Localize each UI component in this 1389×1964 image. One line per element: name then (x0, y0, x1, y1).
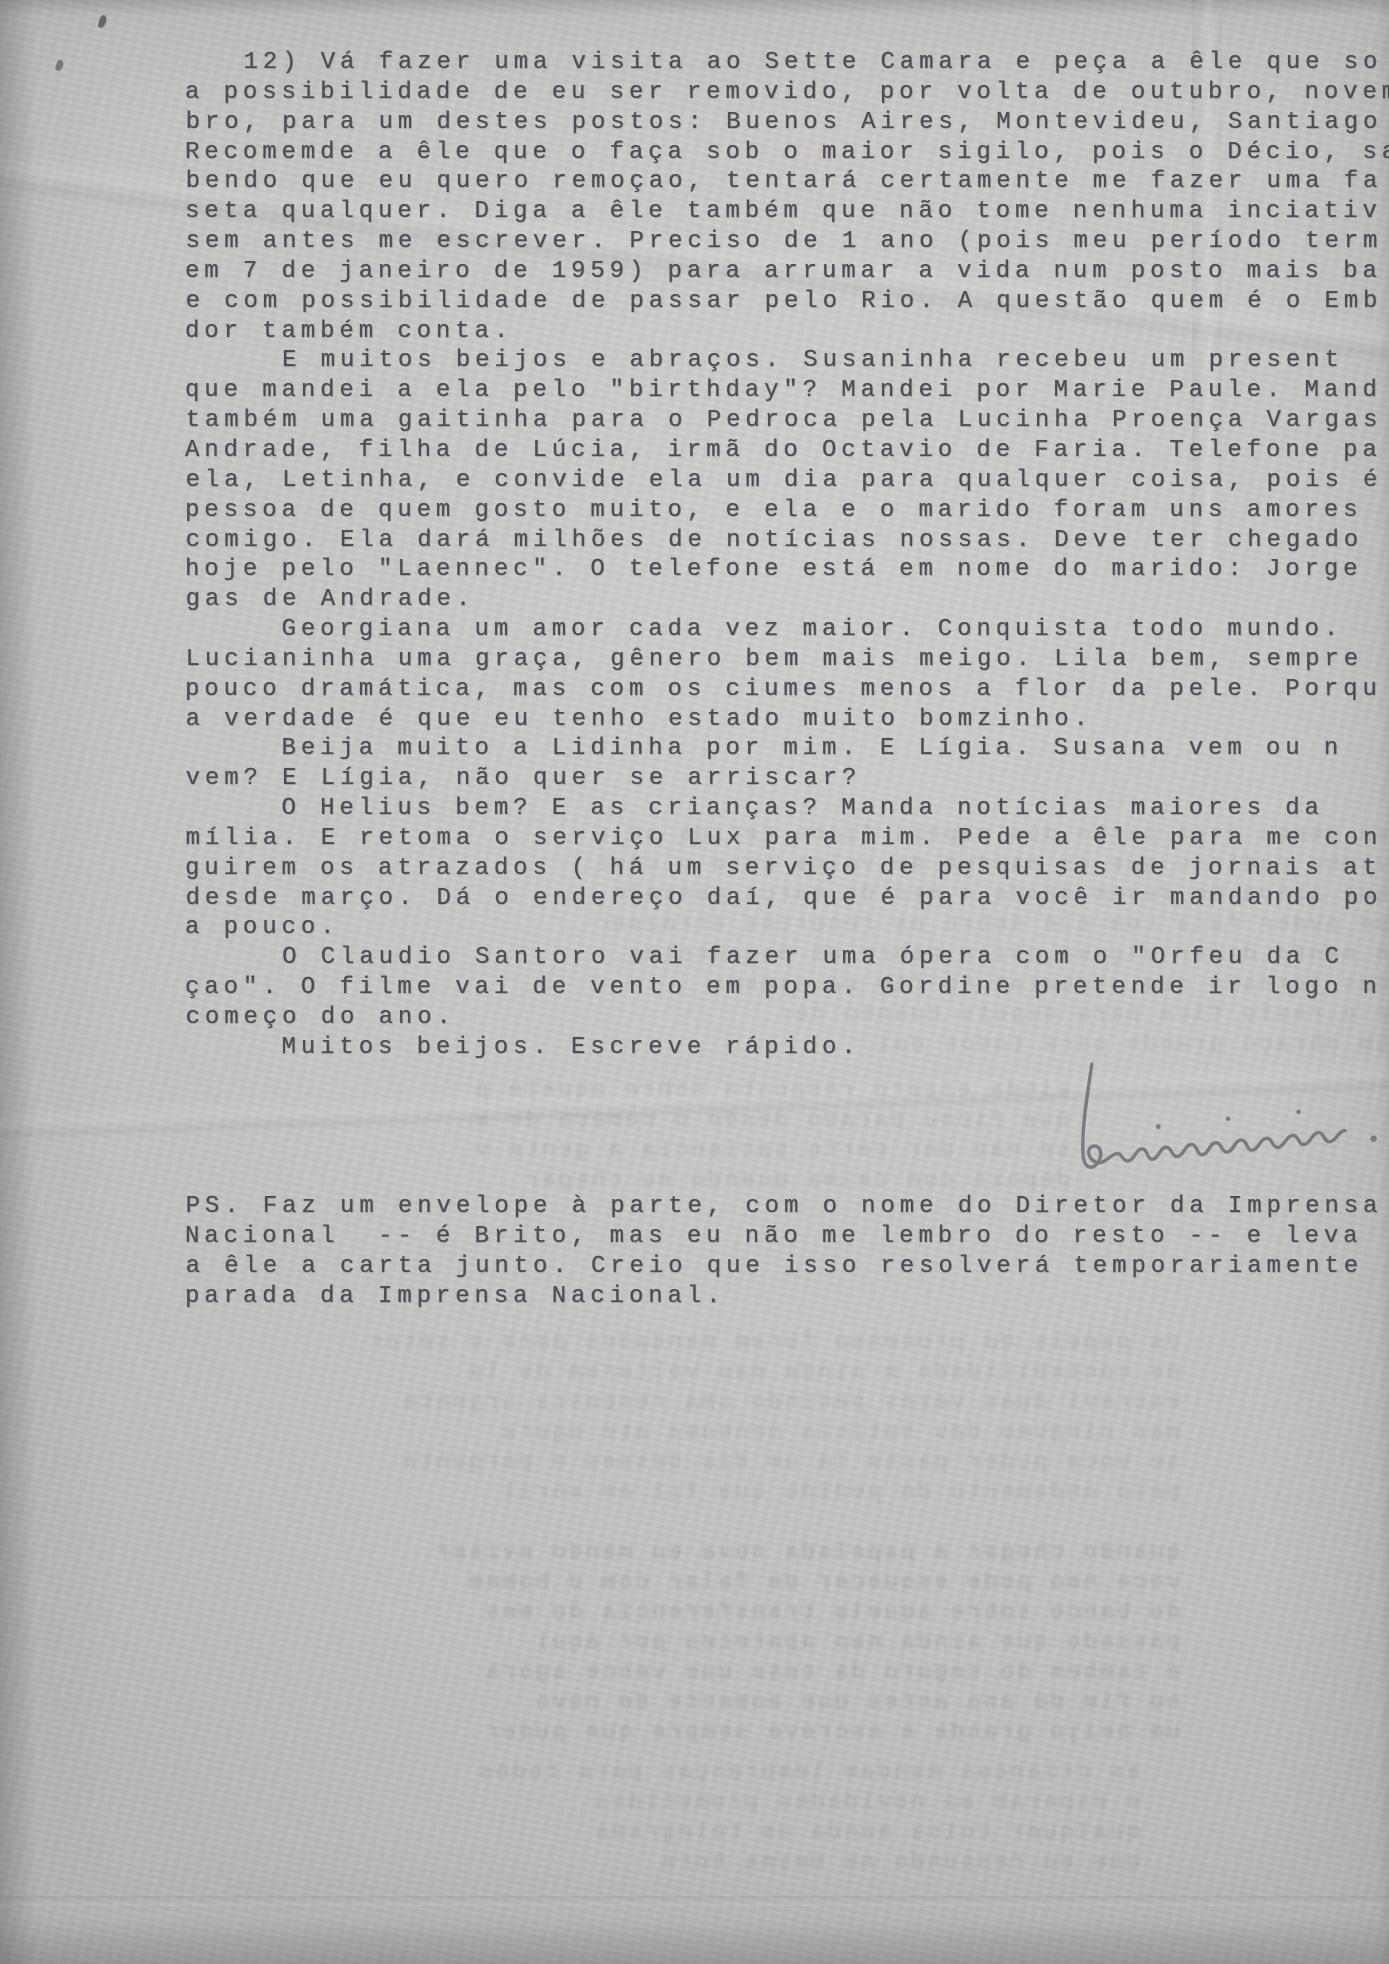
ghost-line: as crianças mandam lembranças para todos (240, 1758, 1140, 1788)
ghost-line: um beijo grande e escreve sempre que pud… (100, 1718, 1180, 1748)
letter-line: a possibilidade de eu ser removido, por … (185, 78, 1389, 108)
letter-line: guirem os atrazados ( há um serviço de p… (185, 854, 1389, 884)
letter-line: que mandei a ela pelo "birthday"? Mandei… (185, 376, 1389, 406)
letter-body: 12) Vá fazer uma visita ao Sette Camara … (185, 48, 1389, 1063)
letter-line: Lucianinha uma graça, gênero bem mais me… (186, 645, 1389, 675)
bleedthrough-text-block: quando chegar a papelada nova eu mando a… (100, 1538, 1180, 1752)
letter-line: Recomemde a êle que o faça sob o maior s… (185, 138, 1389, 168)
ghost-line: qualquer coisa manda um telegrama (240, 1818, 1140, 1848)
letter-line: Andrade, filha de Lúcia, irmã do Octavio… (185, 436, 1389, 466)
paper-edge-shadow (1377, 0, 1389, 1964)
paper-crease (0, 1896, 1389, 1906)
letter-line: vem? E Lígia, não quer se arriscar? (186, 764, 1389, 794)
ghost-line: passado que ainda nao apareceu por aqui (100, 1628, 1180, 1658)
letter-line: a verdade é que eu tenho estado muito bo… (186, 705, 1389, 735)
letter-line: O Helius bem? E as crianças? Manda notíc… (185, 794, 1389, 824)
ghost-line: do banco sobre aquela transferencia do m… (100, 1598, 1180, 1628)
letter-line: çao". O filme vai de vento em popa. Gord… (185, 973, 1389, 1003)
ghost-line: escrevi duas vezes pedindo uma resposta … (120, 1388, 1180, 1418)
letter-line: e com possibilidade de passar pelo Rio. … (186, 287, 1389, 317)
letter-line: bro, para um destes postos: Buenos Aires… (186, 108, 1389, 138)
postscript-line: PS. Faz um envelope à parte, com o nome … (186, 1192, 1389, 1222)
ghost-line: os papeis do processo foram mandados par… (120, 1328, 1180, 1358)
letter-line: seta qualquer. Diga a êle também que não… (185, 197, 1389, 227)
bleedthrough-text-block: os papeis do processo foram mandados par… (120, 1328, 1180, 1512)
letter-line: também uma gaitinha para o Pedroca pela … (186, 406, 1389, 436)
scanned-letter-page: ao menos essa parte dos papeis ficou ret… (0, 0, 1389, 1964)
letter-line: comigo. Ela dará milhões de notícias nos… (186, 526, 1389, 556)
postscript-block: PS. Faz um envelope à parte, com o nome … (185, 1192, 1389, 1311)
letter-line: 12) Vá fazer uma visita ao Sette Camara … (186, 48, 1389, 78)
letter-line: O Claudio Santoro vai fazer uma ópera co… (186, 943, 1389, 973)
letter-line: sem antes me escrever. Preciso de 1 ano … (186, 227, 1389, 257)
letter-line: desde março. Dá o endereço daí, que é pa… (186, 884, 1389, 914)
letter-line: mília. E retoma o serviço Lux para mim. … (186, 824, 1389, 854)
letter-line: gas de Andrade. (186, 585, 1389, 615)
paper-edge-shadow (0, 0, 36, 1964)
ghost-line: voce nao pode esquecer de falar com o ho… (100, 1568, 1180, 1598)
letter-line: Georgiana um amor cada vez maior. Conqui… (185, 615, 1389, 645)
postscript-line: parada da Imprensa Nacional. (185, 1282, 1389, 1312)
letter-line: Beija muito a Lidinha por mim. E Lígia. … (185, 734, 1389, 764)
signature-handwriting (1032, 1038, 1389, 1202)
paper-edge-shadow (0, 1918, 1389, 1964)
letter-line: em 7 de janeiro de 1959) para arrumar a … (185, 257, 1389, 287)
ghost-line: mas ninguem deu noticia nenhuma ate agor… (120, 1418, 1180, 1448)
letter-line: começo do ano. (186, 1003, 1389, 1033)
letter-line: pouco dramática, mas com os ciumes menos… (185, 675, 1389, 705)
letter-line: hoje pelo "Laennec". O telefone está em … (185, 555, 1389, 585)
ghost-line: quando chegar a papelada nova eu mando a… (100, 1538, 1180, 1568)
postscript-line: Nacional -- é Brito, mas eu não me lembr… (185, 1222, 1389, 1252)
letter-line: pessoa de quem gosto muito, e ela e o ma… (185, 496, 1389, 526)
ghost-line: de contabilidade e ainda nao voltaram de… (120, 1358, 1180, 1388)
ghost-line: e esperam as novidades prometidas (240, 1788, 1140, 1818)
ghost-line: que eu respondo na mesma hora (240, 1848, 1140, 1878)
postscript-line: a êle a carta junto. Creio que isso reso… (186, 1252, 1389, 1282)
ink-speck (55, 59, 64, 71)
letter-line: a pouco. (185, 913, 1389, 943)
paper-edge-shadow (0, 0, 1389, 16)
letter-line: dor também conta. (185, 317, 1389, 347)
ghost-line: se nao der certo paciencia a gente ve (470, 1136, 1070, 1166)
ghost-line: no fim do ano antes que aumente de novo (100, 1688, 1180, 1718)
letter-line: bendo que eu quero remoçao, tentará cert… (186, 167, 1389, 197)
bleedthrough-text-block: as crianças mandam lembranças para todos… (240, 1758, 1140, 1884)
letter-line: E muitos beijos e abraços. Susaninha rec… (186, 346, 1389, 376)
ghost-line: se voce puder passa la um dia desses e p… (120, 1448, 1180, 1478)
ink-speck (98, 14, 108, 28)
ghost-line: pelo andamento do pedido que fiz em abri… (120, 1478, 1180, 1508)
ghost-line: e tambem do seguro da casa que vence ago… (100, 1658, 1180, 1688)
letter-line: ela, Letinha, e convide ela um dia para … (186, 466, 1389, 496)
